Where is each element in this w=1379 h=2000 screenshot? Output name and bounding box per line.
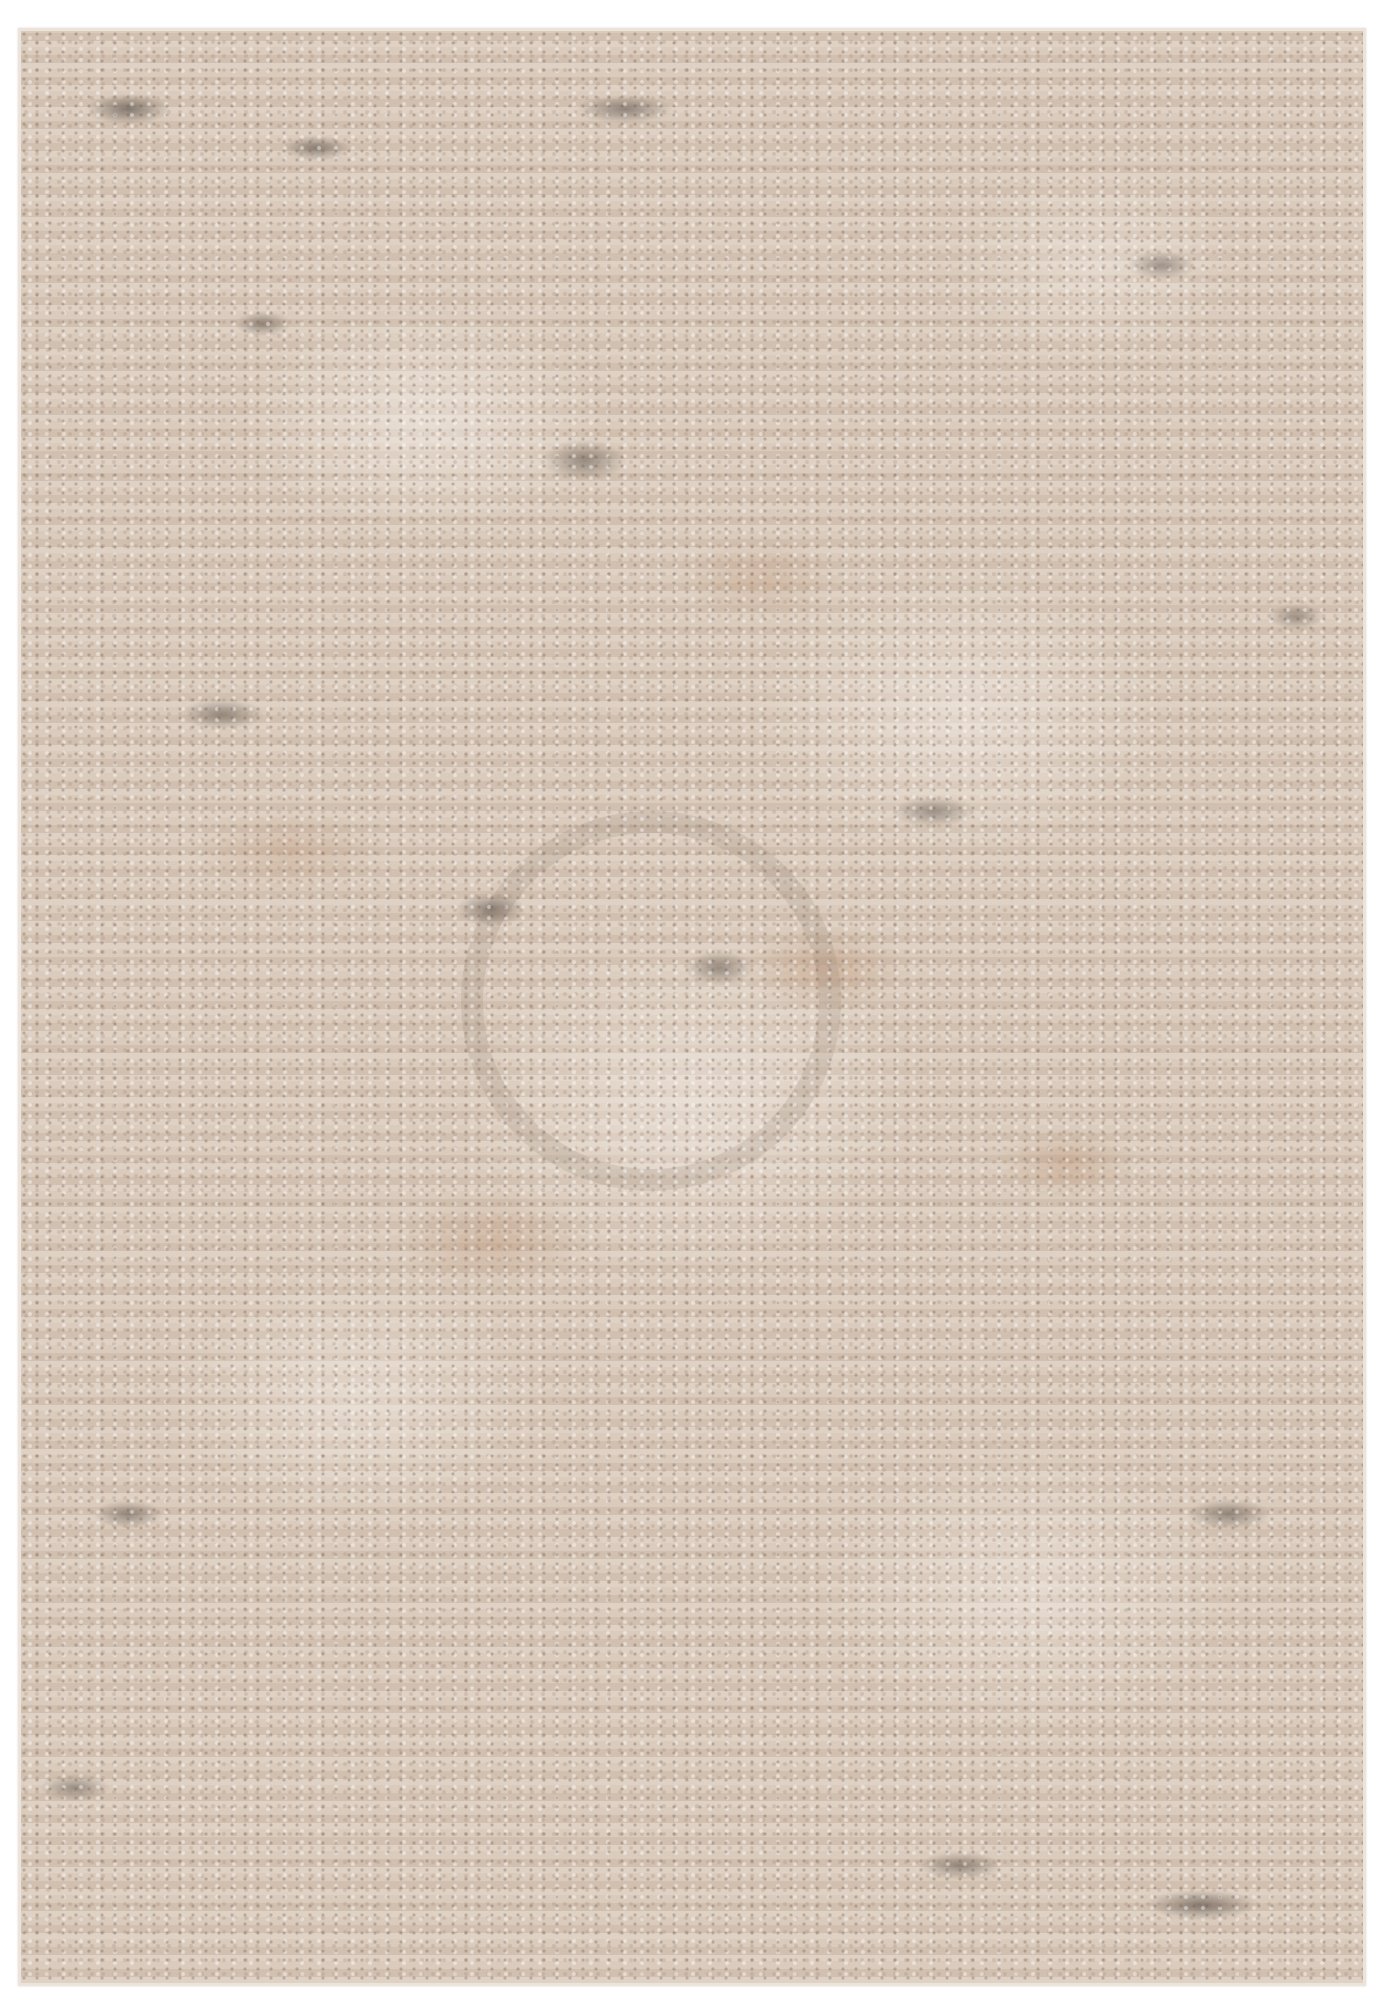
- area-rug: [18, 28, 1366, 1986]
- rug-speckle-texture: [21, 31, 1363, 1983]
